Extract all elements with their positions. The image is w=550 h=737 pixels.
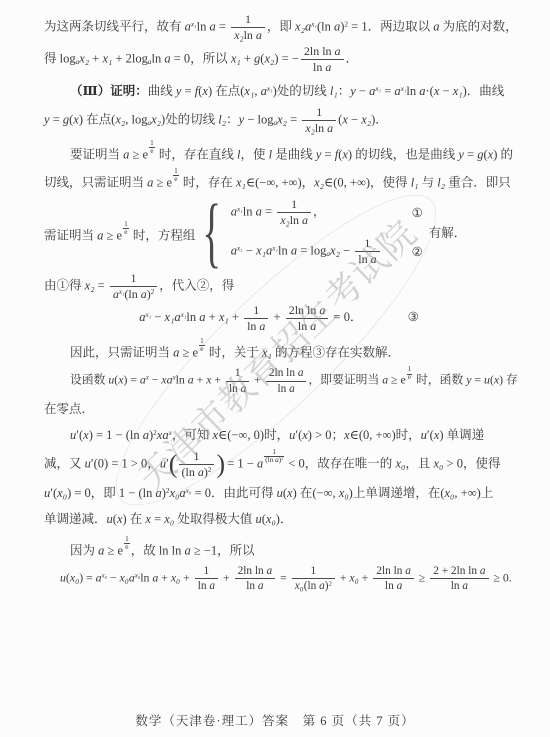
scanned-answer-page: { "page": { "background": "#fcfcfc", "in… (0, 0, 550, 737)
proof-line-12: 减，又 u′(0) = 1 > 0，u′(1(ln a)2) = 1 − a1(… (44, 449, 514, 480)
proof-line-13: u′(x₀) = 0，即 1 − (ln a)2x₀ax₀ = 0．由此可得 u… (44, 481, 514, 506)
equation-row-1: ax₁ln a = 1x₂ln a， ① (231, 197, 423, 228)
proof-line-15: 因为 a ≥ e1e，故 ln ln a ≥ −1，所以 (44, 536, 514, 563)
proof-line-11: u′(x) = 1 − (ln a)2xax，可知 x∈(−∞, 0)时，u′(… (44, 423, 514, 448)
proof-line-16: u(x₀) = ax₀ − x₀ax₀ln a + x₀ + 1ln a + 2… (44, 564, 514, 593)
equation-2: ax₁ − x₁ax₁ln a = logax₂ − 1ln a (231, 236, 382, 267)
document-body: 为这两条切线平行，故有 ax₁ln a = 1x₂ln a，即 x₂ax₁(ln… (0, 0, 550, 737)
equation-3-line: ax₁ − x₁ax₁ln a + x₁ + 1ln a + 2ln ln al… (44, 303, 514, 334)
equation-3: ax₁ − x₁ax₁ln a + x₁ + 1ln a + 2ln ln al… (139, 310, 362, 324)
equation-row-2: ax₁ − x₁ax₁ln a = logax₂ − 1ln a ② (231, 236, 423, 267)
proof-line-10: 在零点． (44, 397, 514, 422)
proof-line-4: y = g(x) 在点(x₂, logax₂)处的切线 l₂：y − logax… (44, 105, 514, 136)
equation-system-lead: 需证明当 a ≥ e1e 时，方程组 (44, 221, 195, 243)
proof-heading-line: （Ⅲ）证明：曲线 y = f(x) 在点(x₁, ax₁)处的切线 l₁：y −… (44, 79, 514, 104)
proof-line-9: 设函数 u(x) = ax − xaxln a + x + 1ln a + 2l… (44, 366, 514, 395)
proof-line-5: 要证明当 a ≥ e1e 时，存在直线 l，使 l 是曲线 y = f(x) 的… (44, 140, 514, 167)
equation-system-equations: ax₁ln a = 1x₂ln a， ① ax₁ − x₁ax₁ln a = l… (231, 197, 423, 267)
equation-system: 需证明当 a ≥ e1e 时，方程组 { ax₁ln a = 1x₂ln a， … (44, 197, 514, 267)
page-footer: 数学（天津卷·理工）答案 第 6 页（共 7 页） (0, 711, 550, 729)
equation-2-label: ② (412, 244, 423, 260)
system-conclusion: 有解． (429, 223, 467, 241)
proof-line-14: 单调递减．u(x) 在 x = x₀ 处取得极大值 u(x₀)． (44, 507, 514, 532)
proof-line-6: 切线，只需证明当 a ≥ e1e 时，存在 x₁∈(−∞, +∞)，x₂∈(0,… (44, 168, 514, 195)
equation-3-label: ③ (408, 310, 419, 324)
equation-1-label: ① (412, 205, 423, 221)
proof-line-1: 为这两条切线平行，故有 ax₁ln a = 1x₂ln a，即 x₂ax₁(ln… (44, 12, 514, 43)
proof-line-8: 因此，只需证明当 a ≥ e1e 时，关于 x₁ 的方程③存在实数解． (44, 338, 514, 365)
equation-1: ax₁ln a = 1x₂ln a， (231, 197, 326, 228)
proof-line-2: 得 logax₂ + x₁ + 2logaln a = 0，所以 x₁ + g(… (44, 44, 514, 75)
proof-line-7: 由①得 x₂ = 1ax₁(ln a)2，代入②，得 (44, 271, 514, 302)
